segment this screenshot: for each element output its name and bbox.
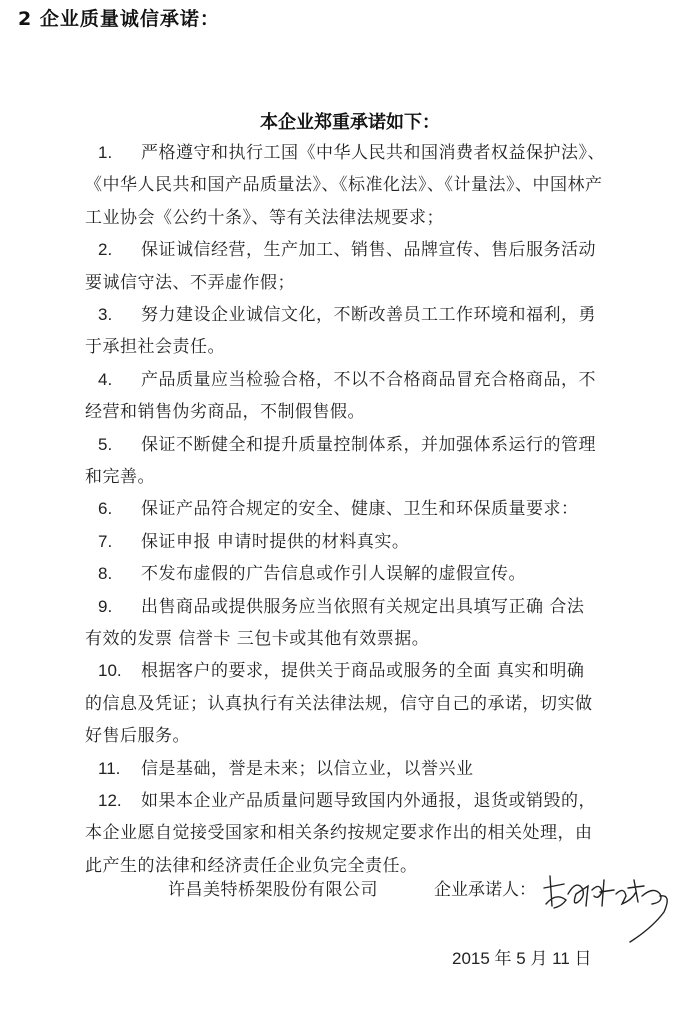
commitment-title: 本企业郑重承诺如下： (0, 108, 700, 134)
commitment-item-line: 根据客户的要求，提供关于商品或服务的全面 真实和明确 (141, 660, 584, 682)
item-number: 8. (98, 563, 112, 585)
item-number: 2. (98, 239, 112, 261)
section-heading: 2 企业质量诚信承诺： (18, 4, 220, 31)
commitment-item-line: 此产生的法律和经济责任企业负完全责任。 (85, 855, 418, 877)
commitment-item-line: 产品质量应当检验合格，不以不合格商品冒充合格商品，不 (141, 369, 596, 391)
signature-icon (542, 866, 682, 946)
item-number: 9. (98, 596, 112, 618)
commitment-item-line: 要诚信守法、不弄虚作假； (85, 272, 295, 294)
commitment-item-line: 有效的发票 信誉卡 三包卡或其他有效票据。 (85, 628, 429, 650)
commitment-item-line: 如果本企业产品质量问题导致国内外通报，退货或销毁的， (141, 790, 596, 812)
item-number: 1. (98, 142, 112, 164)
commitment-item-line: 和完善。 (85, 466, 155, 488)
commitment-item-line: 不发布虚假的广告信息或作引人误解的虚假宣传。 (141, 563, 526, 585)
commitment-item-line: 保证产品符合规定的安全、健康、卫生和环保质量要求： (141, 498, 579, 520)
commitment-item-line: 的信息及凭证；认真执行有关法律法规，信守自己的承诺，切实做 (85, 693, 593, 715)
signing-date: 2015 年 5 月 11 日 (452, 944, 592, 969)
commitment-item-line: 《中华人民共和国产品质量法》、《标准化法》、《计量法》、中国林产 (85, 174, 603, 196)
item-number: 6. (98, 498, 112, 520)
item-number: 7. (98, 531, 112, 553)
commitment-item-line: 保证不断健全和提升质量控制体系，并加强体系运行的管理 (141, 434, 596, 456)
commitment-item-line: 信是基础，誉是未来；以信立业，以誉兴业 (141, 758, 474, 780)
commitment-item-line: 于承担社会责任。 (85, 336, 225, 358)
commitment-item-line: 出售商品或提供服务应当依照有关规定出具填写正确 合法 (141, 596, 584, 618)
item-number: 10. (98, 660, 122, 682)
item-number: 5. (98, 434, 112, 456)
commitment-item-line: 工业协会《公约十条》、等有关法律法规要求； (85, 207, 444, 229)
commitment-item-line: 严格遵守和执行工国《中华人民共和国消费者权益保护法》、 (141, 142, 605, 164)
commitment-item-line: 保证诚信经营，生产加工、销售、品牌宣传、售后服务活动 (141, 239, 596, 261)
item-number: 11. (98, 758, 120, 780)
commitment-item-line: 努力建设企业诚信文化，不断改善员工工作环境和福利，勇 (141, 304, 596, 326)
commitment-item-line: 保证申报 申请时提供的材料真实。 (141, 531, 409, 553)
commitment-item-line: 经营和销售伪劣商品，不制假售假。 (85, 401, 365, 423)
item-number: 4. (98, 369, 112, 391)
item-number: 12. (98, 790, 122, 812)
promisor-label: 企业承诺人： (434, 875, 536, 900)
commitment-item-line: 好售后服务。 (85, 725, 190, 747)
item-number: 3. (98, 304, 112, 326)
company-name: 许昌美特桥架股份有限公司 (168, 875, 378, 900)
commitment-item-line: 本企业愿自觉接受国家和相关条约按规定要求作出的相关处理，由 (85, 822, 593, 844)
